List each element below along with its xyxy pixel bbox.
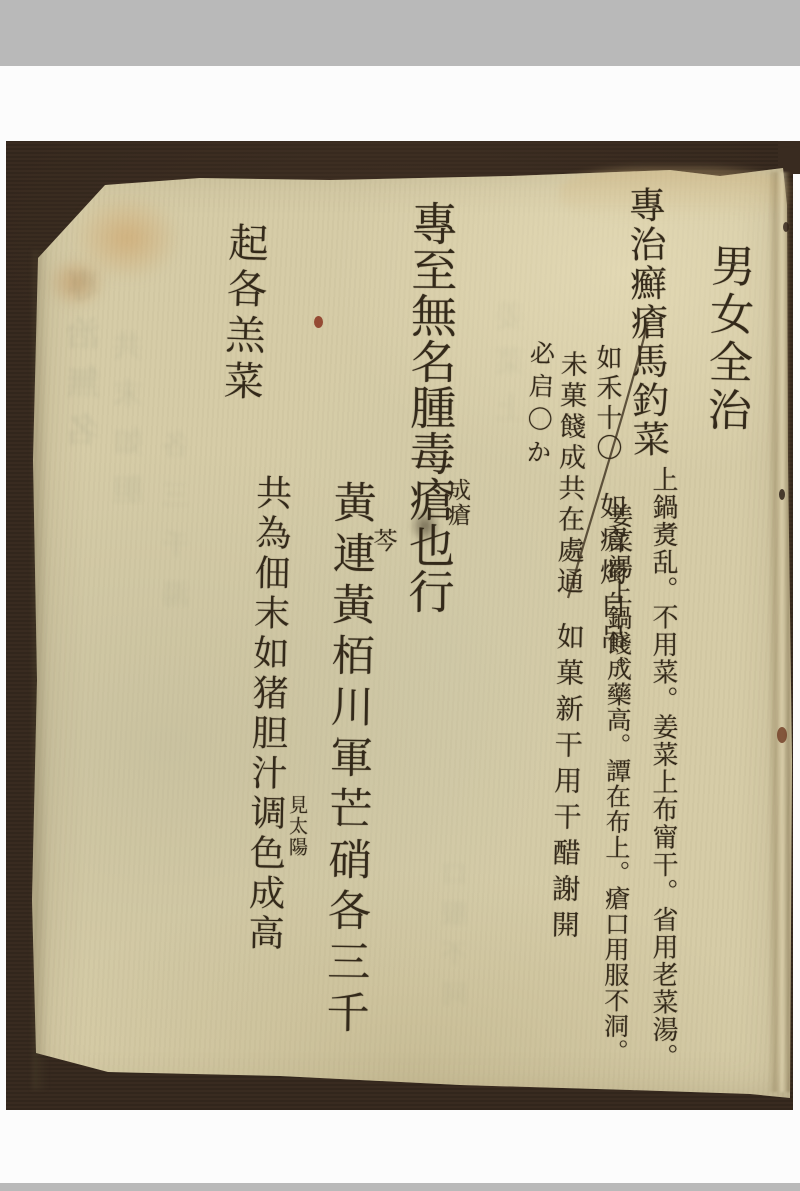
annotation-column-2: 姜菜湯上鍋餞成藥高。譚在布上。瘡口用服不洞。 — [596, 503, 637, 1064]
ink-smudge — [404, 502, 446, 550]
small-note-a: 如禾十〇 — [589, 344, 626, 464]
text-column-left-heading: 起各羔菜 — [212, 221, 275, 407]
left-edge-shadow — [32, 250, 48, 1090]
text-column-preparation: 共為佃末如猪胆汁调色成高 — [238, 474, 297, 955]
annotation-column-3: 如菓新干用干醋謝開 — [543, 622, 589, 947]
page-fold-crease — [768, 172, 790, 1092]
annotation-column-1: 上鍋煑乱。不用菜。姜菜上布甯干。省用老菜湯。 — [645, 466, 682, 1071]
inline-note-qin: 芩 — [366, 528, 401, 552]
inline-note-cheng-chuang: 成瘡 — [441, 478, 474, 528]
manuscript-scan-view: 専治無名 共末如胆 各三千湯 姜菜上 口服不同 男女全治 專治癬瘡馬釣菜 如禾十… — [0, 0, 800, 1191]
text-column-indication: 專至無名腫毒瘡也行 — [395, 200, 465, 615]
inline-note-see-sun: 見太陽 — [284, 795, 311, 858]
small-note-c: 未菓餞成共在處通 — [548, 350, 591, 599]
text-column-drug-list: 黃連黃栢川軍芒硝各三千 — [314, 480, 383, 1042]
text-column-men-women: 男女全治 — [692, 242, 761, 436]
